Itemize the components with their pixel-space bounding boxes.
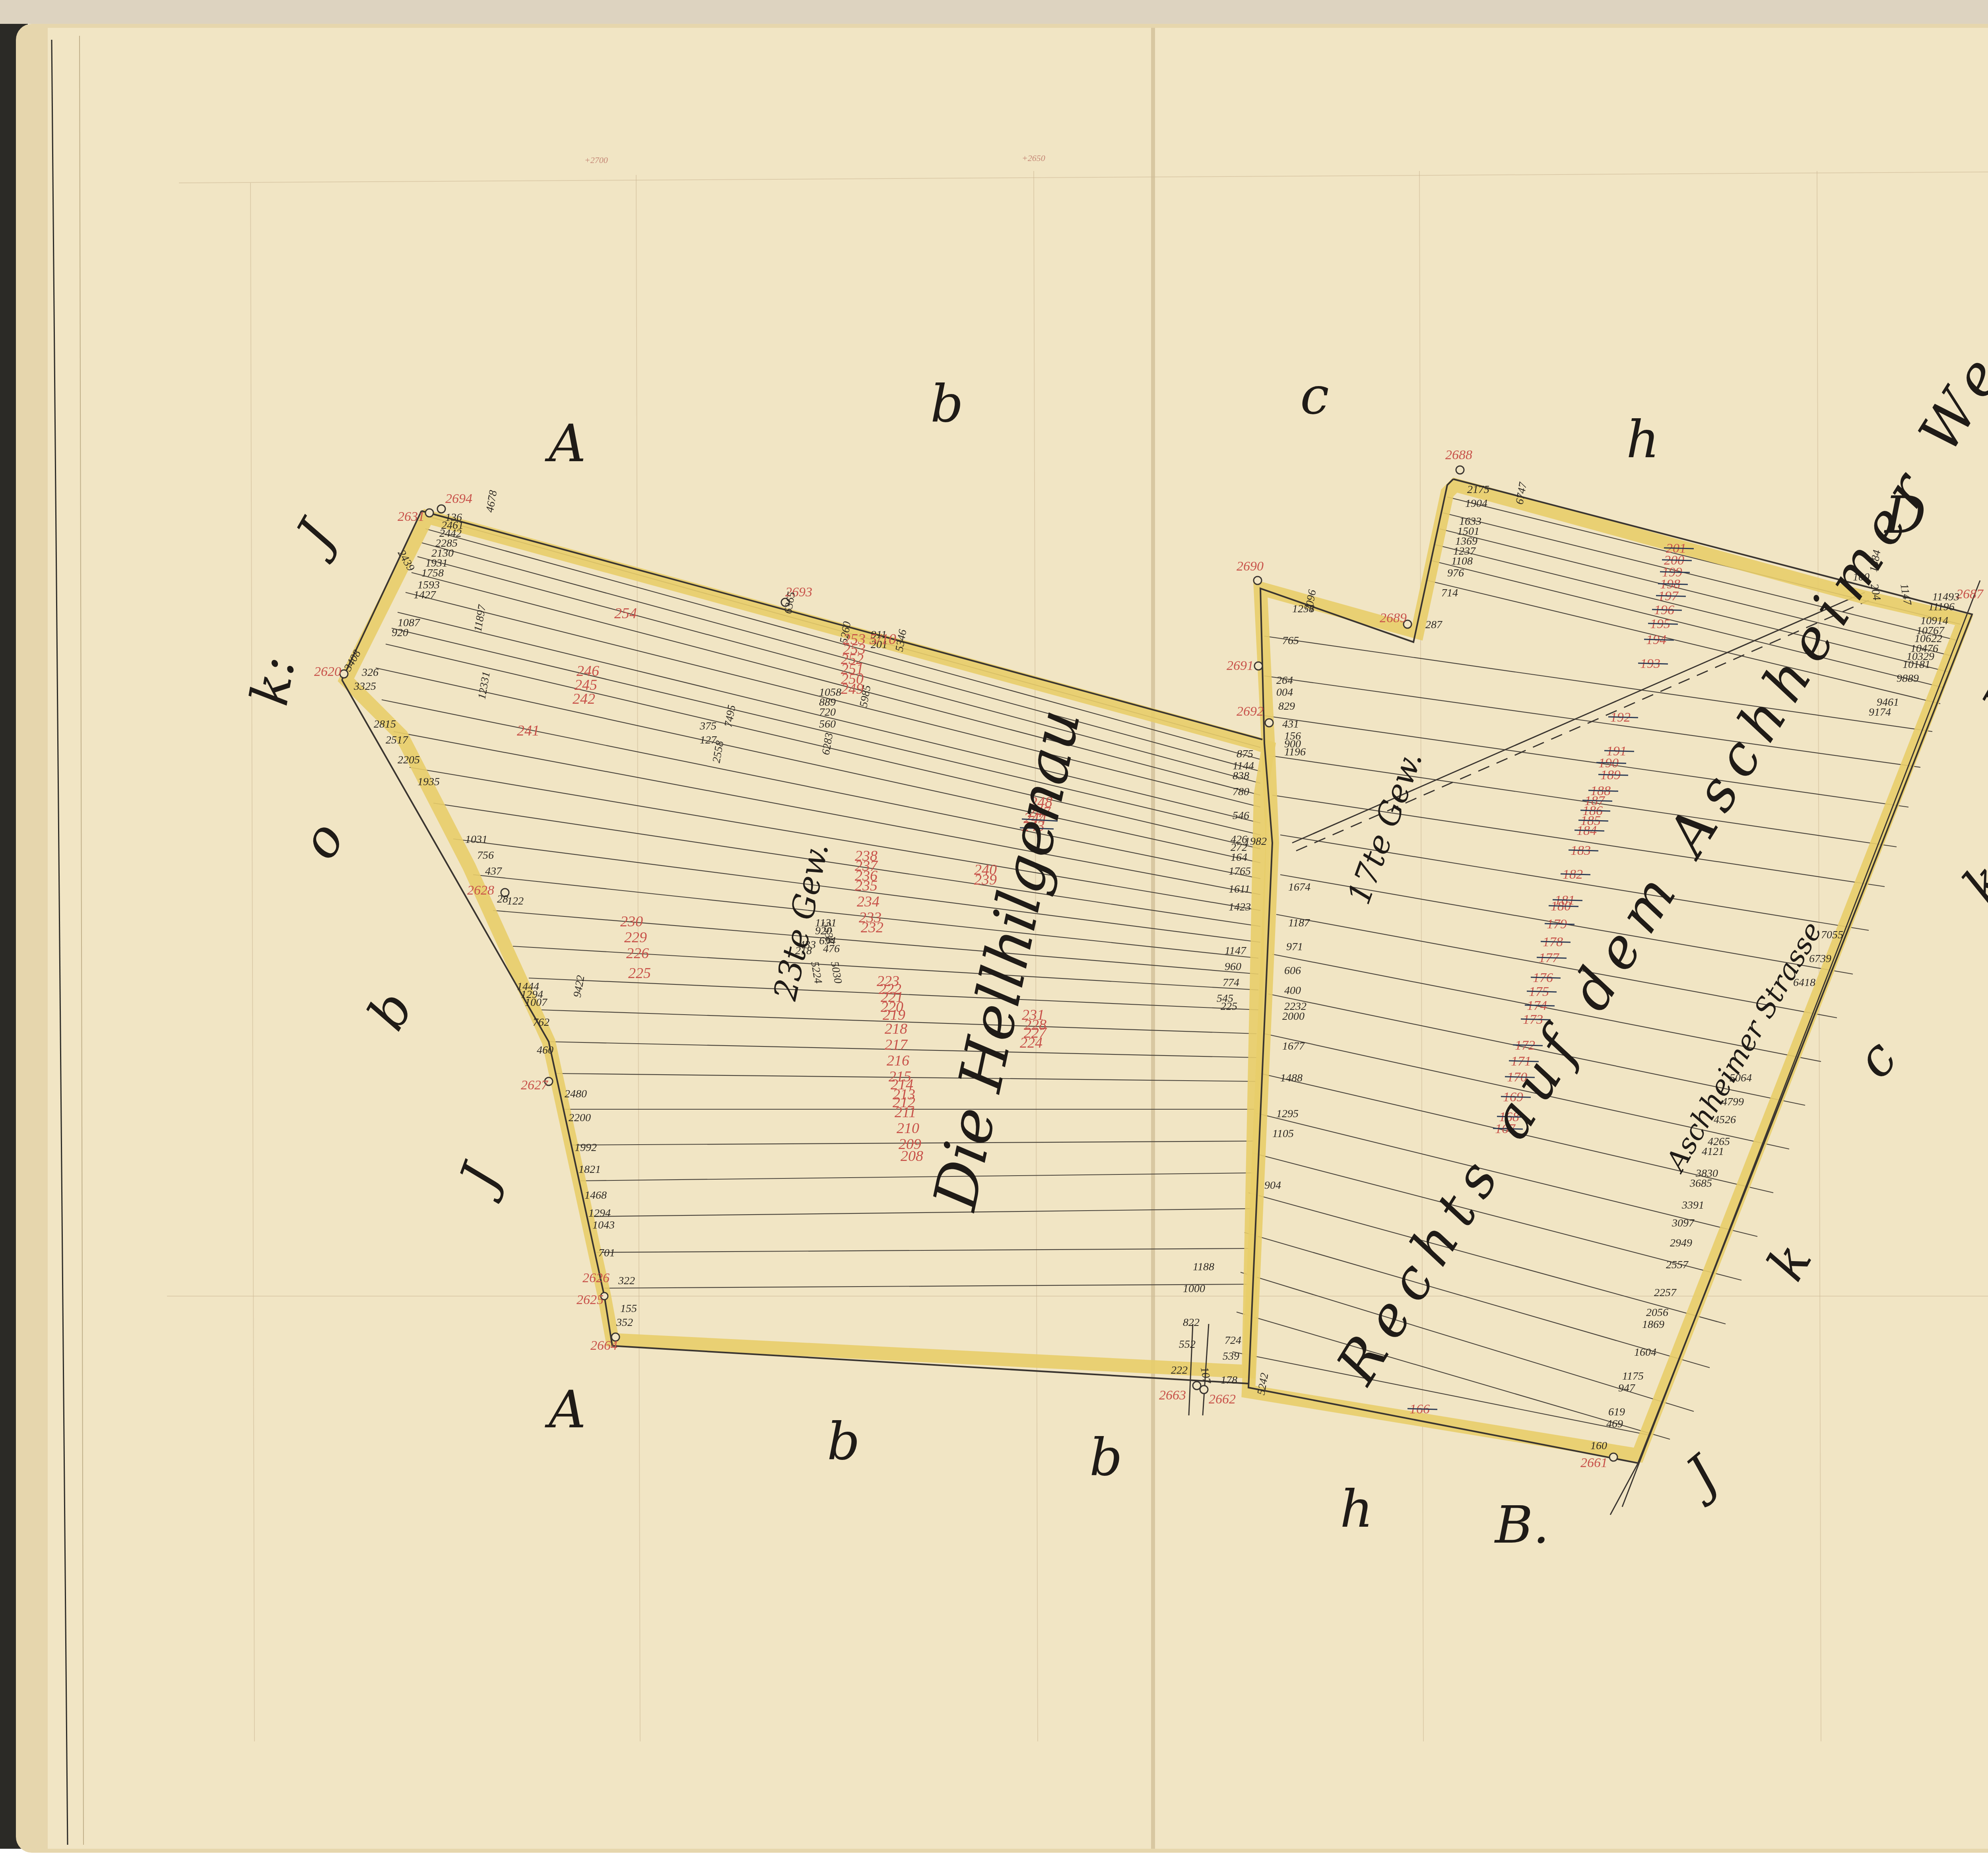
svg-text:756: 756 xyxy=(477,849,494,862)
svg-text:2000: 2000 xyxy=(1282,1010,1305,1023)
svg-text:552: 552 xyxy=(1179,1338,1196,1351)
svg-text:230: 230 xyxy=(620,913,643,930)
svg-text:971: 971 xyxy=(1286,941,1303,953)
svg-text:3391: 3391 xyxy=(1681,1199,1704,1211)
svg-text:28: 28 xyxy=(497,893,508,905)
svg-text:9174: 9174 xyxy=(1869,706,1891,718)
svg-text:1758: 1758 xyxy=(421,567,444,579)
right-page xyxy=(1153,28,1988,1849)
svg-text:1488: 1488 xyxy=(1280,1072,1303,1084)
svg-text:264: 264 xyxy=(1276,674,1293,687)
svg-text:2175: 2175 xyxy=(1467,483,1489,496)
svg-text:164: 164 xyxy=(1231,851,1247,864)
svg-text:160: 160 xyxy=(1590,1440,1607,1452)
svg-text:1108: 1108 xyxy=(1451,555,1473,567)
svg-text:3685: 3685 xyxy=(1689,1177,1712,1190)
svg-text:1904: 1904 xyxy=(1465,497,1487,510)
point-label: 2626 xyxy=(582,1271,610,1285)
svg-text:c: c xyxy=(1300,365,1329,426)
svg-text:226: 226 xyxy=(626,945,649,962)
svg-text:127: 127 xyxy=(700,734,717,746)
svg-text:1105: 1105 xyxy=(1272,1128,1294,1140)
svg-text:714: 714 xyxy=(1441,587,1458,599)
svg-text:242: 242 xyxy=(573,691,595,707)
svg-text:A: A xyxy=(545,1379,586,1440)
svg-text:210: 210 xyxy=(897,1120,919,1137)
grid-coord-label: +2700 xyxy=(584,155,608,165)
svg-text:431: 431 xyxy=(1282,718,1299,730)
svg-text:960: 960 xyxy=(1225,961,1241,973)
svg-text:322: 322 xyxy=(618,1275,635,1287)
svg-text:232: 232 xyxy=(861,919,883,936)
point-label: 2661 xyxy=(1580,1456,1607,1470)
point-label: 2694 xyxy=(445,491,472,506)
point-label: 2662 xyxy=(1209,1392,1236,1407)
svg-text:1674: 1674 xyxy=(1288,881,1310,893)
svg-text:D: D xyxy=(1884,485,1926,545)
point-label: 2690 xyxy=(1237,559,1264,574)
svg-text:229: 229 xyxy=(624,929,647,946)
point-label: 2628 xyxy=(467,883,494,898)
svg-text:4121: 4121 xyxy=(1702,1145,1724,1158)
svg-text:225: 225 xyxy=(628,965,651,982)
svg-text:1196: 1196 xyxy=(1284,746,1306,758)
svg-text:2257: 2257 xyxy=(1654,1287,1677,1299)
svg-text:B.: B. xyxy=(1494,1495,1549,1555)
svg-text:208: 208 xyxy=(901,1148,923,1165)
svg-text:217: 217 xyxy=(885,1036,908,1053)
svg-text:619: 619 xyxy=(1608,1406,1625,1418)
svg-text:b: b xyxy=(930,373,963,434)
svg-text:1677: 1677 xyxy=(1282,1040,1305,1052)
point-label: 2688 xyxy=(1445,448,1472,462)
svg-text:2205: 2205 xyxy=(398,754,420,766)
svg-text:241: 241 xyxy=(517,722,540,739)
svg-text:216: 216 xyxy=(887,1052,909,1069)
svg-text:701: 701 xyxy=(598,1247,615,1259)
svg-text:822: 822 xyxy=(1183,1316,1200,1329)
svg-text:225: 225 xyxy=(1221,1000,1237,1013)
svg-text:2557: 2557 xyxy=(1666,1259,1689,1271)
svg-text:976: 976 xyxy=(1447,567,1464,579)
svg-text:469: 469 xyxy=(1606,1418,1623,1430)
svg-text:004: 004 xyxy=(1276,686,1293,699)
svg-text:1869: 1869 xyxy=(1642,1318,1664,1331)
svg-text:606: 606 xyxy=(1284,965,1301,977)
svg-text:2200: 2200 xyxy=(569,1112,591,1124)
svg-text:2056: 2056 xyxy=(1646,1306,1668,1319)
svg-text:720: 720 xyxy=(819,706,836,718)
svg-text:1468: 1468 xyxy=(584,1189,607,1201)
svg-text:352: 352 xyxy=(616,1316,633,1329)
svg-text:10181: 10181 xyxy=(1903,658,1930,671)
svg-text:2517: 2517 xyxy=(386,734,408,746)
svg-text:1982: 1982 xyxy=(1244,835,1267,848)
svg-text:546: 546 xyxy=(1233,809,1249,822)
svg-text:1611: 1611 xyxy=(1229,883,1250,895)
svg-text:3325: 3325 xyxy=(353,680,376,693)
svg-text:560: 560 xyxy=(819,718,836,730)
svg-text:1188: 1188 xyxy=(1193,1261,1214,1273)
svg-text:254: 254 xyxy=(614,605,637,622)
svg-text:1765: 1765 xyxy=(1229,865,1251,877)
svg-text:1935: 1935 xyxy=(417,776,440,788)
svg-text:2815: 2815 xyxy=(374,718,396,730)
point-label: 2663 xyxy=(1159,1388,1186,1403)
svg-text:1821: 1821 xyxy=(579,1163,601,1176)
svg-text:234: 234 xyxy=(857,893,879,910)
svg-text:400: 400 xyxy=(1284,984,1301,997)
svg-text:724: 724 xyxy=(1225,1334,1241,1347)
svg-text:b: b xyxy=(1089,1427,1122,1487)
svg-text:155: 155 xyxy=(620,1302,637,1315)
svg-text:122: 122 xyxy=(507,895,524,907)
svg-text:9889: 9889 xyxy=(1897,672,1919,685)
grid-coord-label: +2650 xyxy=(1022,153,1045,163)
svg-text:1147: 1147 xyxy=(1225,945,1246,957)
point-label: 2689 xyxy=(1380,611,1407,625)
cadastral-map: +2700 +2650 xyxy=(0,0,1988,1873)
point-label: 2625 xyxy=(577,1293,604,1307)
svg-text:1295: 1295 xyxy=(1276,1108,1299,1120)
svg-text:460: 460 xyxy=(537,1044,553,1056)
svg-text:h: h xyxy=(1340,1479,1373,1539)
svg-text:287: 287 xyxy=(1425,619,1442,631)
point-label: 2692 xyxy=(1237,704,1264,719)
svg-text:1187: 1187 xyxy=(1288,917,1310,929)
point-label: 2687 xyxy=(1956,587,1984,602)
point-label: 2631 xyxy=(398,509,425,524)
svg-text:875: 875 xyxy=(1237,748,1253,760)
point-label: 2691 xyxy=(1227,658,1254,673)
svg-text:1992: 1992 xyxy=(575,1141,597,1154)
svg-text:218: 218 xyxy=(885,1021,907,1037)
svg-text:b: b xyxy=(827,1411,860,1471)
svg-text:k:: k: xyxy=(239,651,307,710)
svg-text:235: 235 xyxy=(855,877,878,894)
svg-text:222: 222 xyxy=(1171,1364,1188,1376)
svg-text:774: 774 xyxy=(1223,976,1239,989)
svg-text:3097: 3097 xyxy=(1672,1217,1695,1229)
point-label: 2627 xyxy=(521,1078,549,1093)
point-label: 2664 xyxy=(590,1338,617,1353)
svg-text:947: 947 xyxy=(1618,1382,1635,1394)
svg-text:2480: 2480 xyxy=(565,1088,587,1100)
svg-text:437: 437 xyxy=(485,865,502,877)
svg-text:920: 920 xyxy=(392,627,408,639)
svg-text:1031: 1031 xyxy=(465,833,487,846)
svg-text:1175: 1175 xyxy=(1622,1370,1644,1382)
svg-text:211: 211 xyxy=(895,1104,916,1121)
svg-text:h: h xyxy=(1626,409,1660,470)
svg-text:765: 765 xyxy=(1282,635,1299,647)
svg-text:1294: 1294 xyxy=(588,1207,611,1219)
svg-text:11196: 11196 xyxy=(1928,601,1955,613)
svg-text:A: A xyxy=(545,413,586,474)
svg-text:249: 249 xyxy=(841,681,864,697)
svg-text:780: 780 xyxy=(1233,786,1249,798)
svg-text:476: 476 xyxy=(823,943,840,955)
svg-text:762: 762 xyxy=(533,1016,549,1029)
svg-text:326: 326 xyxy=(361,666,379,679)
svg-text:829: 829 xyxy=(1278,700,1295,712)
svg-text:375: 375 xyxy=(699,720,716,732)
svg-text:1604: 1604 xyxy=(1634,1346,1656,1359)
point-label: 2620 xyxy=(314,664,341,679)
svg-text:1423: 1423 xyxy=(1229,901,1251,913)
svg-text:1043: 1043 xyxy=(592,1219,615,1231)
svg-text:904: 904 xyxy=(1264,1179,1281,1192)
svg-text:1427: 1427 xyxy=(414,589,436,601)
svg-text:178: 178 xyxy=(1221,1374,1237,1386)
svg-text:539: 539 xyxy=(1223,1350,1239,1363)
svg-text:1007: 1007 xyxy=(525,996,547,1009)
svg-text:838: 838 xyxy=(1233,770,1249,782)
svg-text:1000: 1000 xyxy=(1183,1283,1205,1295)
svg-text:2949: 2949 xyxy=(1670,1237,1692,1249)
